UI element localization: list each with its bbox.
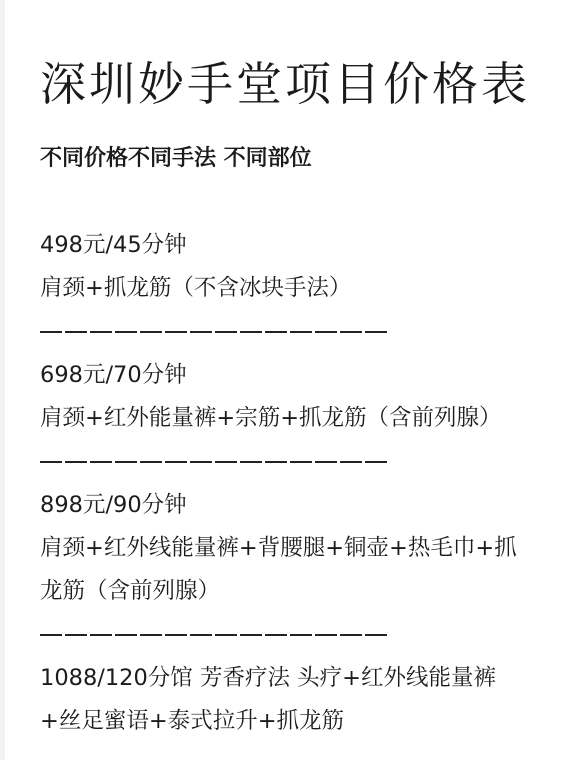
dash — [90, 634, 112, 636]
page-subtitle: 不同价格不同手法 不同部位 — [40, 143, 312, 175]
package-4-details-line-1: 1088/120分馆 芳香疗法 头疗+红外线能量裤 — [40, 657, 570, 700]
dash — [340, 634, 362, 636]
dash — [165, 634, 187, 636]
dash — [115, 461, 137, 463]
dash — [240, 461, 262, 463]
dash — [315, 634, 337, 636]
dash — [365, 461, 387, 463]
separator-3 — [40, 614, 570, 657]
dash — [365, 331, 387, 333]
dash — [265, 331, 287, 333]
dash — [215, 461, 237, 463]
dash — [140, 634, 162, 636]
dash — [165, 331, 187, 333]
package-3-details-line-1: 肩颈+红外线能量裤+背腰腿+铜壶+热毛巾+抓 — [40, 527, 570, 570]
dash — [90, 331, 112, 333]
dash — [315, 461, 337, 463]
separator-1 — [40, 311, 570, 354]
dash — [190, 461, 212, 463]
dash — [215, 331, 237, 333]
package-2-details: 肩颈+红外能量裤+宗筋+抓龙筋（含前列腺） — [40, 397, 570, 440]
dash — [190, 634, 212, 636]
dash — [190, 331, 212, 333]
dash — [115, 634, 137, 636]
dash — [265, 461, 287, 463]
package-2-price: 698元/70分钟 — [40, 354, 570, 397]
package-4-details-line-2: +丝足蜜语+泰式拉升+抓龙筋 — [40, 700, 570, 743]
dash — [115, 331, 137, 333]
dash — [290, 331, 312, 333]
dash — [140, 461, 162, 463]
package-3-details-line-2: 龙筋（含前列腺） — [40, 570, 570, 613]
dash — [65, 634, 87, 636]
separator-2 — [40, 440, 570, 483]
dash — [40, 331, 62, 333]
package-3-price: 898元/90分钟 — [40, 484, 570, 527]
dash — [290, 634, 312, 636]
dash — [90, 461, 112, 463]
dash — [215, 634, 237, 636]
dash — [65, 461, 87, 463]
dash — [240, 331, 262, 333]
dash — [165, 461, 187, 463]
package-1-price: 498元/45分钟 — [40, 224, 570, 267]
dash — [240, 634, 262, 636]
price-list: 498元/45分钟 肩颈+抓龙筋（不含冰块手法） 698元/70分钟 肩颈+红外… — [40, 224, 570, 744]
dash — [340, 331, 362, 333]
dash — [40, 634, 62, 636]
package-1-details: 肩颈+抓龙筋（不含冰块手法） — [40, 267, 570, 310]
dash — [365, 634, 387, 636]
dash — [315, 331, 337, 333]
dash — [65, 331, 87, 333]
dash — [265, 634, 287, 636]
dash — [290, 461, 312, 463]
dash — [40, 461, 62, 463]
dash — [140, 331, 162, 333]
dash — [340, 461, 362, 463]
page-title: 深圳妙手堂项目价格表 — [40, 54, 530, 114]
